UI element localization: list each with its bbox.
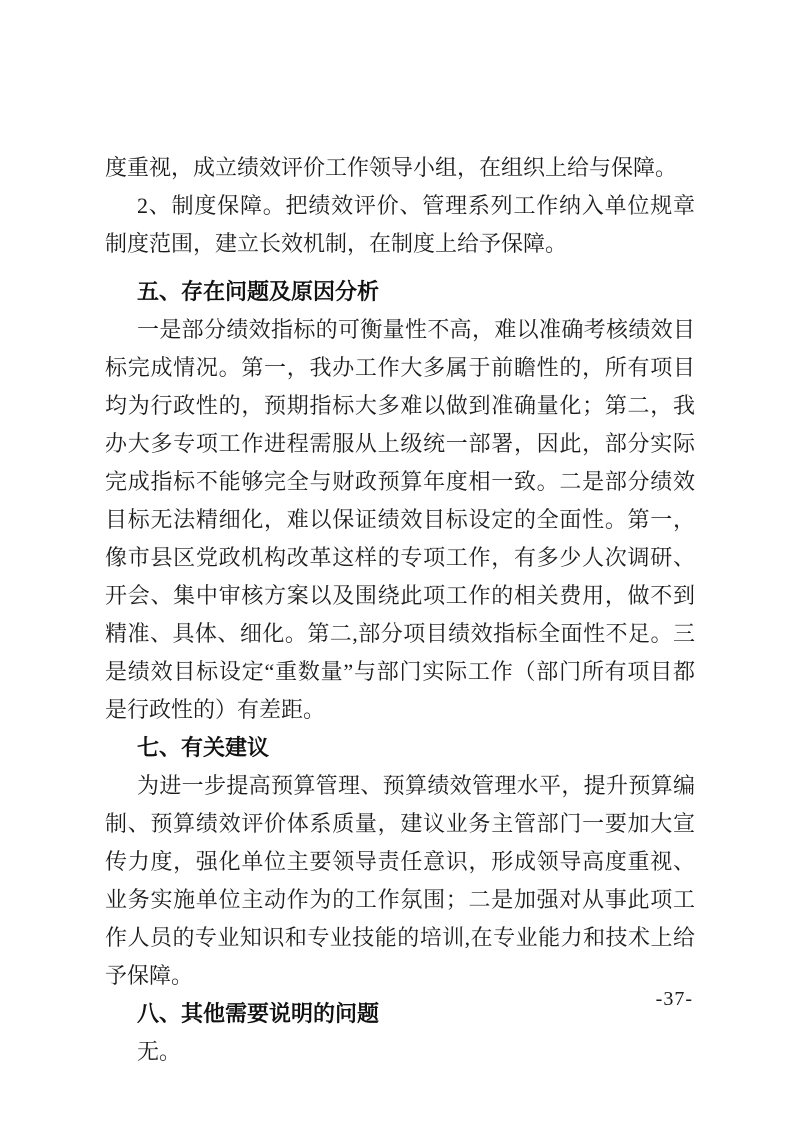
heading-section-8-other-issues: 八、其他需要说明的问题 <box>105 995 695 1033</box>
paragraph-system-guarantee: 2、制度保障。把绩效评价、管理系列工作纳入单位规章制度范围，建立长效机制，在制度… <box>105 187 695 263</box>
heading-section-7-suggestions: 七、有关建议 <box>105 729 695 767</box>
paragraph-organization-guarantee-continuation: 度重视，成立绩效评价工作领导小组，在组织上给与保障。 <box>105 149 695 187</box>
paragraph-none: 无。 <box>105 1033 695 1071</box>
paragraph-problems-analysis: 一是部分绩效指标的可衡量性不高，难以准确考核绩效目标完成情况。第一，我办工作大多… <box>105 311 695 729</box>
paragraph-suggestions: 为进一步提高预算管理、预算绩效管理水平，提升预算编制、预算绩效评价体系质量，建议… <box>105 767 695 995</box>
page-number: -37- <box>656 988 693 1011</box>
document-page: 度重视，成立绩效评价工作领导小组，在组织上给与保障。 2、制度保障。把绩效评价、… <box>0 0 793 1122</box>
document-body: 度重视，成立绩效评价工作领导小组，在组织上给与保障。 2、制度保障。把绩效评价、… <box>105 149 695 1071</box>
heading-section-5-problems-and-causes: 五、存在问题及原因分析 <box>105 273 695 311</box>
